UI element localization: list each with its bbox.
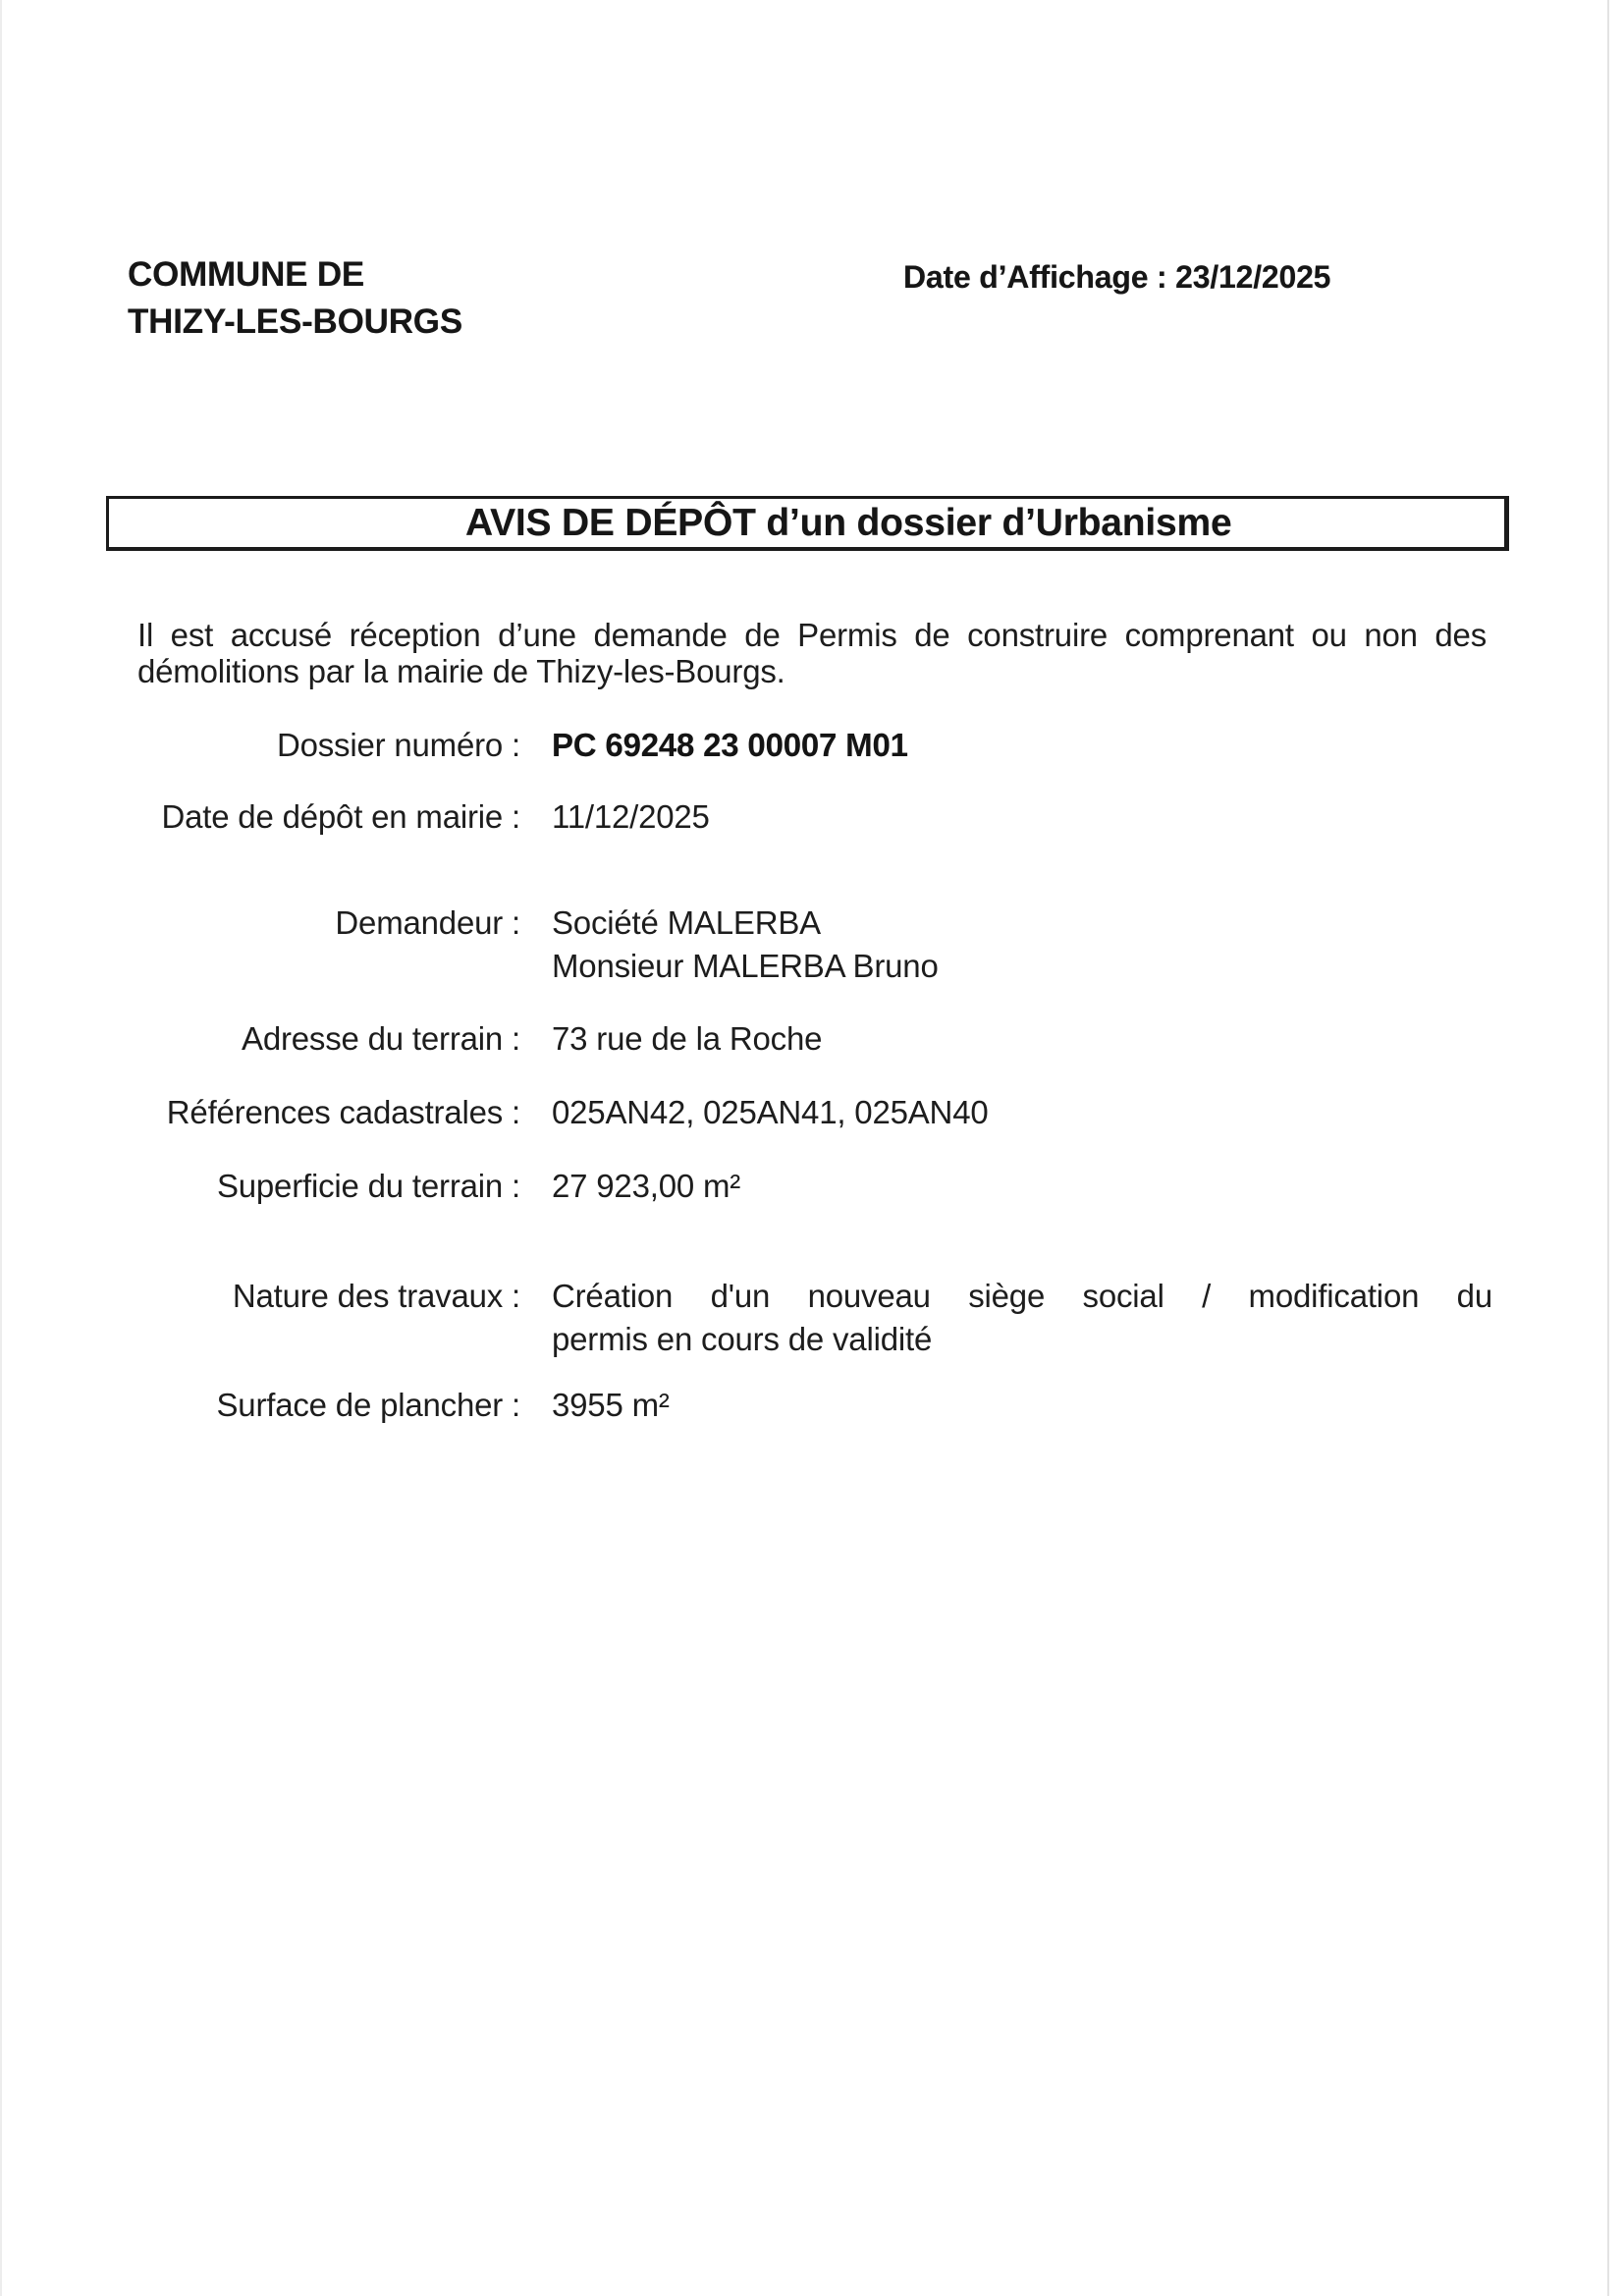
commune-name-line1: COMMUNE DE — [128, 251, 462, 299]
intro-line-1: Il est accusé réception d’une demande de… — [137, 617, 1487, 653]
field-label-date-depot: Date de dépôt en mairie : — [0, 795, 520, 839]
notice-title: AVIS DE DÉPÔT d’un dossier d’Urbanisme — [109, 502, 1232, 545]
field-label-adresse-terrain: Adresse du terrain : — [0, 1017, 520, 1061]
field-value-date-depot: 11/12/2025 — [552, 795, 710, 839]
field-value-surface-plancher: 3955 m² — [552, 1384, 670, 1427]
commune-name: COMMUNE DE THIZY-LES-BOURGS — [128, 251, 462, 346]
field-label-nature-travaux: Nature des travaux : — [0, 1275, 520, 1318]
field-value-nature-travaux-line2: permis en cours de validité — [552, 1318, 1492, 1361]
posting-date: Date d’Affichage : 23/12/2025 — [903, 257, 1330, 297]
field-value-nature-travaux-line1: Création d'un nouveau siège social / mod… — [552, 1275, 1492, 1318]
intro-line-2: démolitions par la mairie de Thizy-les-B… — [137, 653, 1487, 689]
commune-name-line2: THIZY-LES-BOURGS — [128, 299, 462, 346]
field-value-demandeur-line1: Société MALERBA — [552, 902, 939, 945]
field-label-dossier-numero: Dossier numéro : — [0, 724, 520, 767]
field-value-nature-travaux: Création d'un nouveau siège social / mod… — [552, 1275, 1492, 1361]
field-label-references-cadastrales: Références cadastrales : — [0, 1091, 520, 1134]
field-label-demandeur: Demandeur : — [0, 902, 520, 945]
field-label-surface-plancher: Surface de plancher : — [0, 1384, 520, 1427]
scan-edge-left — [0, 0, 2, 2296]
intro-paragraph: Il est accusé réception d’une demande de… — [137, 617, 1487, 689]
field-value-superficie-terrain: 27 923,00 m² — [552, 1165, 740, 1208]
field-value-demandeur: Société MALERBA Monsieur MALERBA Bruno — [552, 902, 939, 988]
field-value-adresse-terrain: 73 rue de la Roche — [552, 1017, 822, 1061]
notice-title-box: AVIS DE DÉPÔT d’un dossier d’Urbanisme — [106, 496, 1509, 551]
field-label-superficie-terrain: Superficie du terrain : — [0, 1165, 520, 1208]
scanned-document-page: COMMUNE DE THIZY-LES-BOURGS Date d’Affic… — [0, 0, 1623, 2296]
scan-edge-right — [1607, 0, 1609, 2296]
field-value-demandeur-line2: Monsieur MALERBA Bruno — [552, 945, 939, 988]
field-value-dossier-numero: PC 69248 23 00007 M01 — [552, 724, 908, 767]
field-value-references-cadastrales: 025AN42, 025AN41, 025AN40 — [552, 1091, 989, 1134]
